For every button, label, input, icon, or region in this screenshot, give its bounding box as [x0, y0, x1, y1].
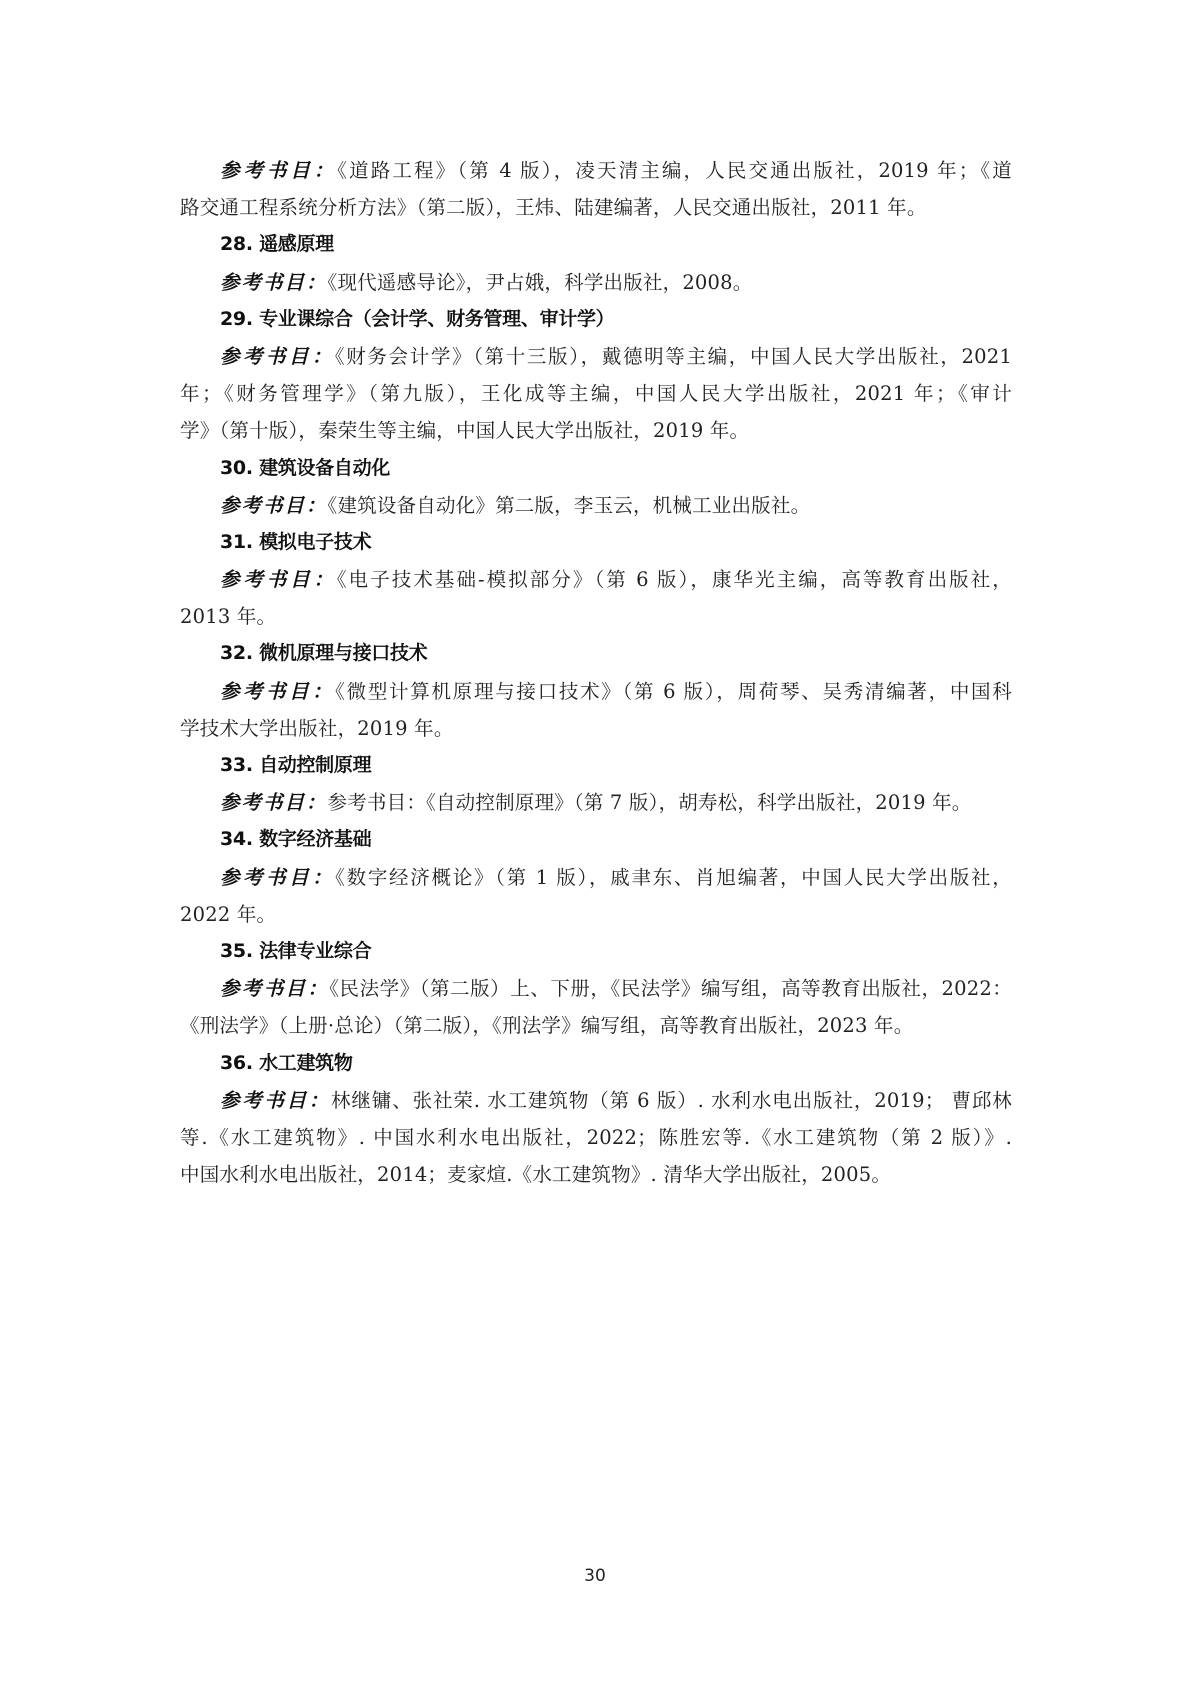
section-heading-35: 35. 法律专业综合	[180, 933, 1012, 970]
reference-entry-31: 参考书目：《电子技术基础-模拟部分》（第 6 版），康华光主编，高等教育出版社，…	[180, 561, 1012, 635]
section-heading-36: 36. 水工建筑物	[180, 1045, 1012, 1082]
reference-line: 学技术大学出版社，2019 年。	[180, 710, 1012, 747]
reference-line: 参考书目：《建筑设备自动化》第二版，李玉云，机械工业出版社。	[180, 487, 1012, 524]
reference-line: 参考书目：《财务会计学》（第十三版），戴德明等主编，中国人民大学出版社，2021	[180, 338, 1012, 375]
reference-line: 2022 年。	[180, 896, 1012, 933]
section-heading-33: 33. 自动控制原理	[180, 747, 1012, 784]
reference-label: 参考书目：	[220, 494, 328, 517]
reference-label: 参考书目：	[220, 1089, 331, 1112]
section-heading-31: 31. 模拟电子技术	[180, 524, 1012, 561]
reference-line: 等.《水工建筑物》. 中国水利水电出版社，2022；陈胜宏等.《水工建筑物（第 …	[180, 1119, 1012, 1156]
reference-line: 2013 年。	[180, 598, 1012, 635]
page-number: 30	[0, 1566, 1190, 1586]
reference-line: 参考书目：《电子技术基础-模拟部分》（第 6 版），康华光主编，高等教育出版社，	[180, 561, 1012, 598]
reference-label: 参考书目：	[220, 680, 335, 703]
section-heading-34: 34. 数字经济基础	[180, 821, 1012, 858]
section-heading-30: 30. 建筑设备自动化	[180, 450, 1012, 487]
reference-label: 参考书目：	[220, 271, 328, 294]
reference-line: 学》（第十版），秦荣生等主编，中国人民大学出版社，2019 年。	[180, 412, 1012, 449]
reference-label: 参考书目：	[220, 791, 328, 814]
reference-line: 参考书目：《微型计算机原理与接口技术》（第 6 版），周荷琴、吴秀清编著，中国科	[180, 673, 1012, 710]
reference-entry-32: 参考书目：《微型计算机原理与接口技术》（第 6 版），周荷琴、吴秀清编著，中国科…	[180, 673, 1012, 747]
reference-label: 参考书目：	[220, 159, 337, 182]
reference-entry-35: 参考书目：《民法学》（第二版）上、下册，《民法学》编写组，高等教育出版社，202…	[180, 970, 1012, 1044]
reference-entry-29: 参考书目：《财务会计学》（第十三版），戴德明等主编，中国人民大学出版社，2021…	[180, 338, 1012, 450]
reference-label: 参考书目：	[220, 977, 329, 1000]
reference-line: 《刑法学》（上册·总论）（第二版），《刑法学》编写组，高等教育出版社，2023 …	[180, 1007, 1012, 1044]
reference-entry-33: 参考书目：参考书目：《自动控制原理》（第 7 版），胡寿松，科学出版社，2019…	[180, 784, 1012, 821]
reference-label: 参考书目：	[220, 568, 337, 591]
reference-entry-30: 参考书目：《建筑设备自动化》第二版，李玉云，机械工业出版社。	[180, 487, 1012, 524]
section-heading-29: 29. 专业课综合（会计学、财务管理、审计学）	[180, 301, 1012, 338]
reference-line: 参考书目：《现代遥感导论》，尹占娥，科学出版社，2008。	[180, 264, 1012, 301]
reference-label: 参考书目：	[220, 866, 335, 889]
reference-label: 参考书目：	[220, 345, 335, 368]
reference-entry-27: 参考书目：《道路工程》（第 4 版），凌天清主编，人民交通出版社，2019 年；…	[180, 152, 1012, 226]
reference-entry-34: 参考书目：《数字经济概论》（第 1 版），戚聿东、肖旭编著，中国人民大学出版社，…	[180, 859, 1012, 933]
reference-line: 参考书目：《道路工程》（第 4 版），凌天清主编，人民交通出版社，2019 年；…	[180, 152, 1012, 189]
section-heading-28: 28. 遥感原理	[180, 226, 1012, 263]
document-body: 参考书目：《道路工程》（第 4 版），凌天清主编，人民交通出版社，2019 年；…	[180, 152, 1012, 1193]
reference-line: 参考书目：林继镛、张社荣. 水工建筑物（第 6 版）. 水利水电出版社，2019…	[180, 1082, 1012, 1119]
reference-line: 路交通工程系统分析方法》（第二版），王炜、陆建编著，人民交通出版社，2011 年…	[180, 189, 1012, 226]
reference-line: 中国水利水电出版社，2014；麦家煊.《水工建筑物》. 清华大学出版社，2005…	[180, 1156, 1012, 1193]
reference-entry-36: 参考书目：林继镛、张社荣. 水工建筑物（第 6 版）. 水利水电出版社，2019…	[180, 1082, 1012, 1194]
reference-line: 参考书目：《民法学》（第二版）上、下册，《民法学》编写组，高等教育出版社，202…	[180, 970, 1012, 1007]
reference-line: 参考书目：《数字经济概论》（第 1 版），戚聿东、肖旭编著，中国人民大学出版社，	[180, 859, 1012, 896]
reference-line: 年；《财务管理学》（第九版），王化成等主编，中国人民大学出版社，2021 年；《…	[180, 375, 1012, 412]
section-heading-32: 32. 微机原理与接口技术	[180, 635, 1012, 672]
reference-line: 参考书目：参考书目：《自动控制原理》（第 7 版），胡寿松，科学出版社，2019…	[180, 784, 1012, 821]
reference-entry-28: 参考书目：《现代遥感导论》，尹占娥，科学出版社，2008。	[180, 264, 1012, 301]
